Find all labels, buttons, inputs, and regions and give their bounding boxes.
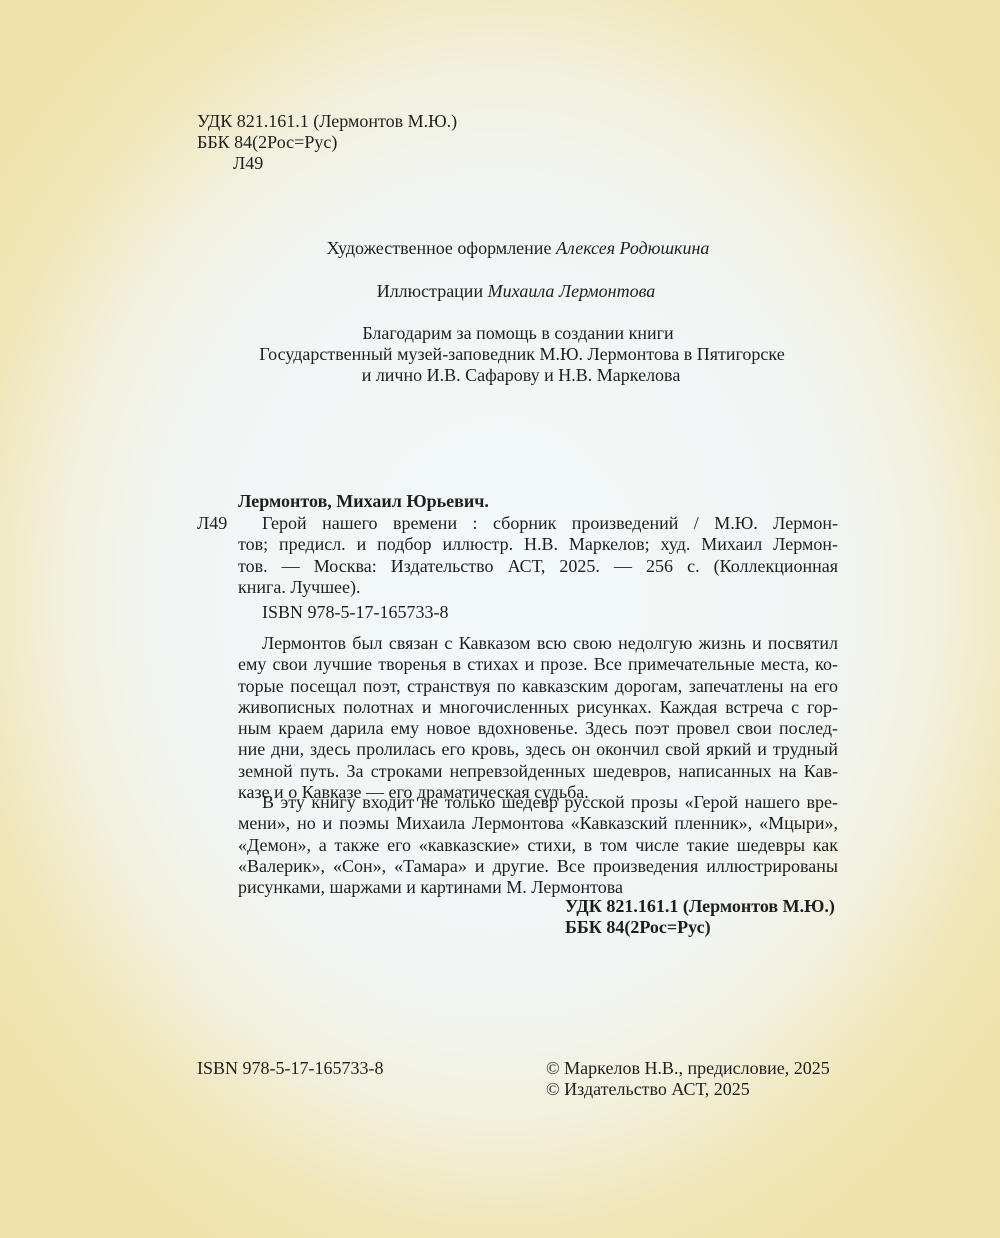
acknowledgement-line: и лично И.В. Сафарову и Н.В. Маркелова (42, 365, 1000, 386)
illustrations-credit-label: Иллюстрации (377, 281, 488, 301)
acknowledgement-line: Государственный музей-заповедник М.Ю. Ле… (44, 344, 1000, 365)
record-author-sign: Л49 (197, 513, 227, 534)
annotation-line: «Валерик», «Сон», «Тамара» и другие. Все… (238, 856, 838, 877)
record-description-line: тов; предисл. и подбор иллюстр. Н.В. Мар… (238, 534, 838, 555)
annotation-line: Лермонтов был связан с Кавказом всю свою… (238, 633, 838, 654)
annotation-line: ему свои лучшие творенья в стихах и проз… (238, 654, 838, 675)
record-author: Лермонтов, Михаил Юрьевич. (238, 491, 489, 512)
annotation-paragraph: В эту книгу входит не только шедевр русс… (238, 792, 838, 898)
annotation-line: ным краем дарила ему новое вдохновенье. … (238, 718, 838, 739)
annotation-line: мени», но и поэмы Михаила Лермонтова «Ка… (238, 813, 838, 834)
annotation-line: ние дни, здесь пролилась его кровь, здес… (238, 739, 838, 760)
illustrations-credit-name: Михаила Лермонтова (488, 281, 656, 301)
bbk-code: ББК 84(2Рос=Рус) (197, 132, 337, 153)
copyright-page: УДК 821.161.1 (Лермонтов М.Ю.) ББК 84(2Р… (0, 0, 1000, 1238)
design-credit-label: Художественное оформление (327, 238, 556, 258)
record-bbk-code: ББК 84(2Рос=Рус) (565, 917, 711, 938)
illustrations-credit: Иллюстрации Михаила Лермонтова (32, 281, 1000, 302)
record-description-line: Герой нашего времени : сборник произведе… (238, 513, 838, 534)
design-credit-name: Алексея Родюшкина (556, 238, 709, 258)
record-description-line: книга. Лучшее). (238, 577, 838, 598)
footer-isbn: ISBN 978-5-17-165733-8 (197, 1058, 384, 1079)
annotation-paragraph: Лермонтов был связан с Кавказом всю свою… (238, 633, 838, 803)
copyright-line: © Издательство АСТ, 2025 (546, 1079, 750, 1100)
record-description: Герой нашего времени : сборник произведе… (238, 513, 838, 598)
annotation-line: В эту книгу входит не только шедевр русс… (238, 792, 838, 813)
record-udk-code: УДК 821.161.1 (Лермонтов М.Ю.) (565, 896, 835, 917)
copyright-line: © Маркелов Н.В., предисловие, 2025 (546, 1058, 830, 1079)
udk-code: УДК 821.161.1 (Лермонтов М.Ю.) (197, 111, 457, 132)
record-description-line: тов. — Москва: Издательство АСТ, 2025. —… (238, 556, 838, 577)
annotation-line: живописных полотнах и многочисленных рис… (238, 697, 838, 718)
design-credit: Художественное оформление Алексея Родюшк… (36, 238, 1000, 259)
acknowledgement-line: Благодарим за помощь в создании книги (36, 323, 1000, 344)
author-sign: Л49 (233, 153, 263, 174)
annotation-line: земной путь. За строками непревзойденных… (238, 761, 838, 782)
annotation-line: торые посещал поэт, странствуя по кавказ… (238, 676, 838, 697)
record-isbn: ISBN 978-5-17-165733-8 (262, 602, 449, 623)
annotation-line: «Демон», а также его «кавказские» стихи,… (238, 835, 838, 856)
